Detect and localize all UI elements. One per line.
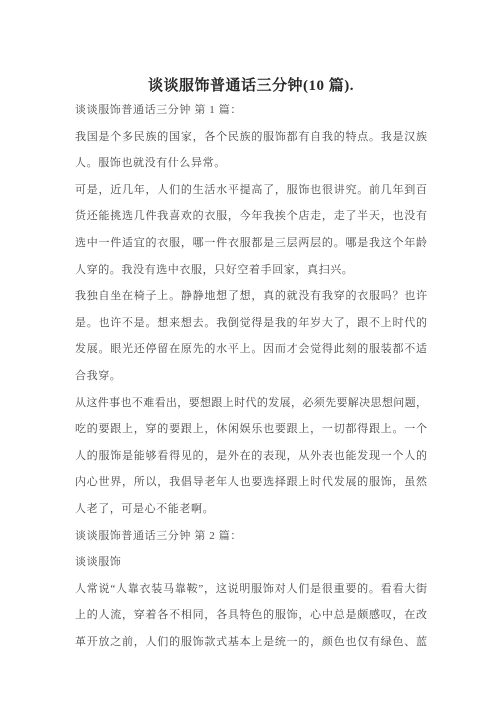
text-line: 是。也许不是。想来想去。我倒觉得是我的年岁大了，跟不上时代的	[75, 310, 427, 337]
document-page: 谈谈服饰普通话三分钟(10 篇). 谈谈服饰普通话三分钟 第 1 篇：我国是个多…	[0, 0, 500, 708]
text-line: 发展。眼光还停留在原先的水平上。因而才会觉得此刻的服装都不适	[75, 336, 427, 363]
text-line: 人常说“人靠衣装马靠鞍”，这说明服饰对人们是很重要的。看看大街	[75, 576, 427, 603]
text-line: 我独自坐在椅子上。静静地想了想，真的就没有我穿的衣服吗？也许	[75, 283, 427, 310]
text-line: 合我穿。	[75, 363, 427, 390]
text-line: 从这件事也不难看出，要想跟上时代的发展，必须先要解决思想问题，	[75, 390, 427, 417]
text-line: 可是，近几年，人们的生活水平提高了，服饰也很讲究。前几年到百	[75, 177, 427, 204]
text-line: 革开放之前，人们的服饰款式基本上是统一的，颜色也仅有绿色、蓝	[75, 629, 427, 656]
text-line: 人穿的。我没有选中衣服，只好空着手回家，真扫兴。	[75, 257, 427, 284]
section-heading: 谈谈服饰普通话三分钟 第 1 篇：	[75, 97, 427, 124]
section-heading: 谈谈服饰普通话三分钟 第 2 篇：	[75, 523, 427, 550]
text-line: 我国是个多民族的国家，各个民族的服饰都有自我的特点。我是汉族	[75, 124, 427, 151]
text-line: 上的人流，穿着各不相同，各具特色的服饰，心中总是颇感叹，在改	[75, 602, 427, 629]
document-body: 谈谈服饰普通话三分钟 第 1 篇：我国是个多民族的国家，各个民族的服饰都有自我的…	[75, 97, 427, 655]
text-line: 人的服饰是能够看得见的，是外在的表现，从外表也能发现一个人的	[75, 443, 427, 470]
text-line: 吃的要跟上，穿的要跟上，休闲娱乐也要跟上，一切都得跟上。一个	[75, 416, 427, 443]
text-line: 选中一件适宜的衣服，哪一件衣服都是三层两层的。哪是我这个年龄	[75, 230, 427, 257]
text-line: 货还能挑选几件我喜欢的衣服，今年我挨个店走，走了半天，也没有	[75, 203, 427, 230]
text-line: 内心世界，所以，我倡导老年人也要选择跟上时代发展的服饰，虽然	[75, 469, 427, 496]
section-subheading: 谈谈服饰	[75, 549, 427, 576]
text-line: 人老了，可是心不能老啊。	[75, 496, 427, 523]
text-line: 人。服饰也就没有什么异常。	[75, 150, 427, 177]
document-title: 谈谈服饰普通话三分钟(10 篇).	[74, 74, 428, 95]
